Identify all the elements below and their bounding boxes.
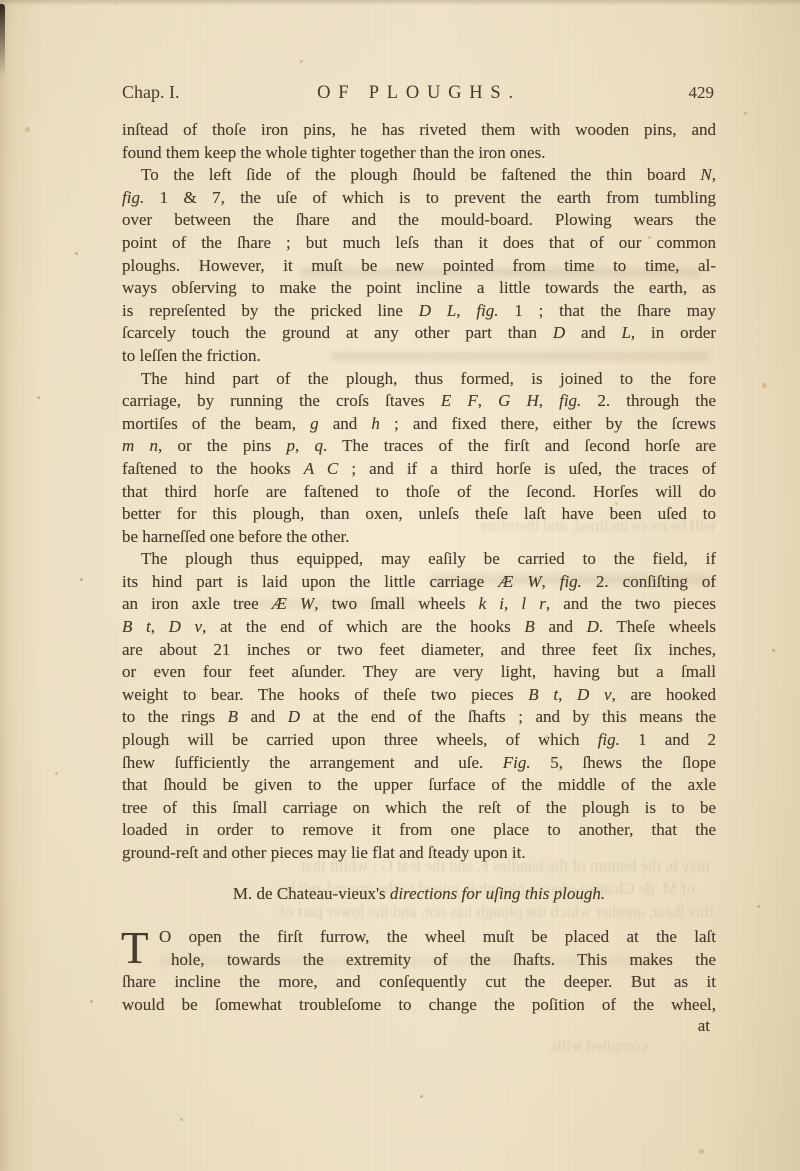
text-line: ſcarcely touch the ground at any other p… <box>122 322 716 345</box>
text-line: m n, or the pins p, q. The traces of the… <box>122 435 716 458</box>
bleedthrough-text: this ſhear, another which the plough has… <box>133 902 713 922</box>
text-line: fig. 1 & 7, the uſe of which is to preve… <box>122 187 716 210</box>
text-line: plough will be carried upon three wheels… <box>122 729 716 752</box>
text-line: point of the ſhare ; but much leſs than … <box>122 232 716 255</box>
text-line: its hind part is laid upon the little ca… <box>122 571 716 594</box>
text-line: found them keep the whole tighter togeth… <box>122 142 716 165</box>
text-line: ground-reſt and other pieces may lie fla… <box>122 842 716 865</box>
text-line: an iron axle tree Æ W, two ſmall wheels … <box>122 593 716 616</box>
directions-paragraph: T O open the firſt furrow, the wheel muſ… <box>122 926 716 1016</box>
bleedthrough-text: complied with. <box>533 1036 648 1056</box>
chapter-label: Chap. I. <box>122 82 180 103</box>
text-line: To the left ſide of the plough ſhould be… <box>122 164 716 187</box>
text-line: loaded in order to remove it from one pl… <box>122 819 716 842</box>
text-line: O open the firſt furrow, the wheel muſt … <box>122 926 716 949</box>
text-line: to leſſen the friction. <box>122 345 716 368</box>
text-line: ſhare incline the more, and conſequently… <box>122 971 716 994</box>
page-top-shadow <box>0 0 800 6</box>
text-line: that ſhould be given to the upper ſurfac… <box>122 774 716 797</box>
text-line: over between the ſhare and the mould-boa… <box>122 209 716 232</box>
text-line: mortiſes of the beam, g and h ; and fixe… <box>122 413 716 436</box>
running-head: Chap. I. OF PLOUGHS. 429 <box>122 82 716 104</box>
text-line: ways obſerving to make the point incline… <box>122 277 716 300</box>
section-heading: M. de Chateau-vieux's directions for uſi… <box>122 884 716 904</box>
text-line: ſhew ſufficiently the arrangement and uſ… <box>122 752 716 775</box>
text-line: inſtead of thoſe iron pins, he has rivet… <box>122 119 716 142</box>
text-line: tree of this ſmall carriage on which the… <box>122 797 716 820</box>
text-line: faſtened to the hooks A C ; and if a thi… <box>122 458 716 481</box>
text-line: weight to bear. The hooks of theſe two p… <box>122 684 716 707</box>
text-line: are about 21 inches or two feet diameter… <box>122 639 716 662</box>
text-line: The hind part of the plough, thus formed… <box>122 368 716 391</box>
text-line: The plough thus equipped, may eaſily be … <box>122 548 716 571</box>
catchword: at <box>122 1016 716 1036</box>
drop-cap: T <box>121 927 149 969</box>
text-line: B t, D v, at the end of which are the ho… <box>122 616 716 639</box>
text-line: carriage, by running the croſs ſtaves E … <box>122 390 716 413</box>
text-line: to the rings B and D at the end of the ſ… <box>122 706 716 729</box>
binding-mark <box>0 4 5 76</box>
text-line: ploughs. However, it muſt be new pointed… <box>122 255 716 278</box>
running-title: OF PLOUGHS. <box>317 83 521 104</box>
book-page: will be more inclined, and therefore may… <box>0 0 800 1171</box>
page-number: 429 <box>689 83 717 103</box>
text-line: is repreſented by the pricked line D L, … <box>122 300 716 323</box>
text-line: better for this plough, than oxen, unleſ… <box>122 503 716 526</box>
text-line: hole, towards the extremity of the ſhaft… <box>122 949 716 972</box>
text-line: be harneſſed one before the other. <box>122 526 716 549</box>
body-text: inſtead of thoſe iron pins, he has rivet… <box>122 119 716 865</box>
paper-speckles <box>75 252 78 255</box>
text-line: would be ſomewhat troubleſome to change … <box>122 994 716 1017</box>
text-line: that third horſe are faſtened to thoſe o… <box>122 481 716 504</box>
text-line: or even four feet aſunder. They are very… <box>122 661 716 684</box>
